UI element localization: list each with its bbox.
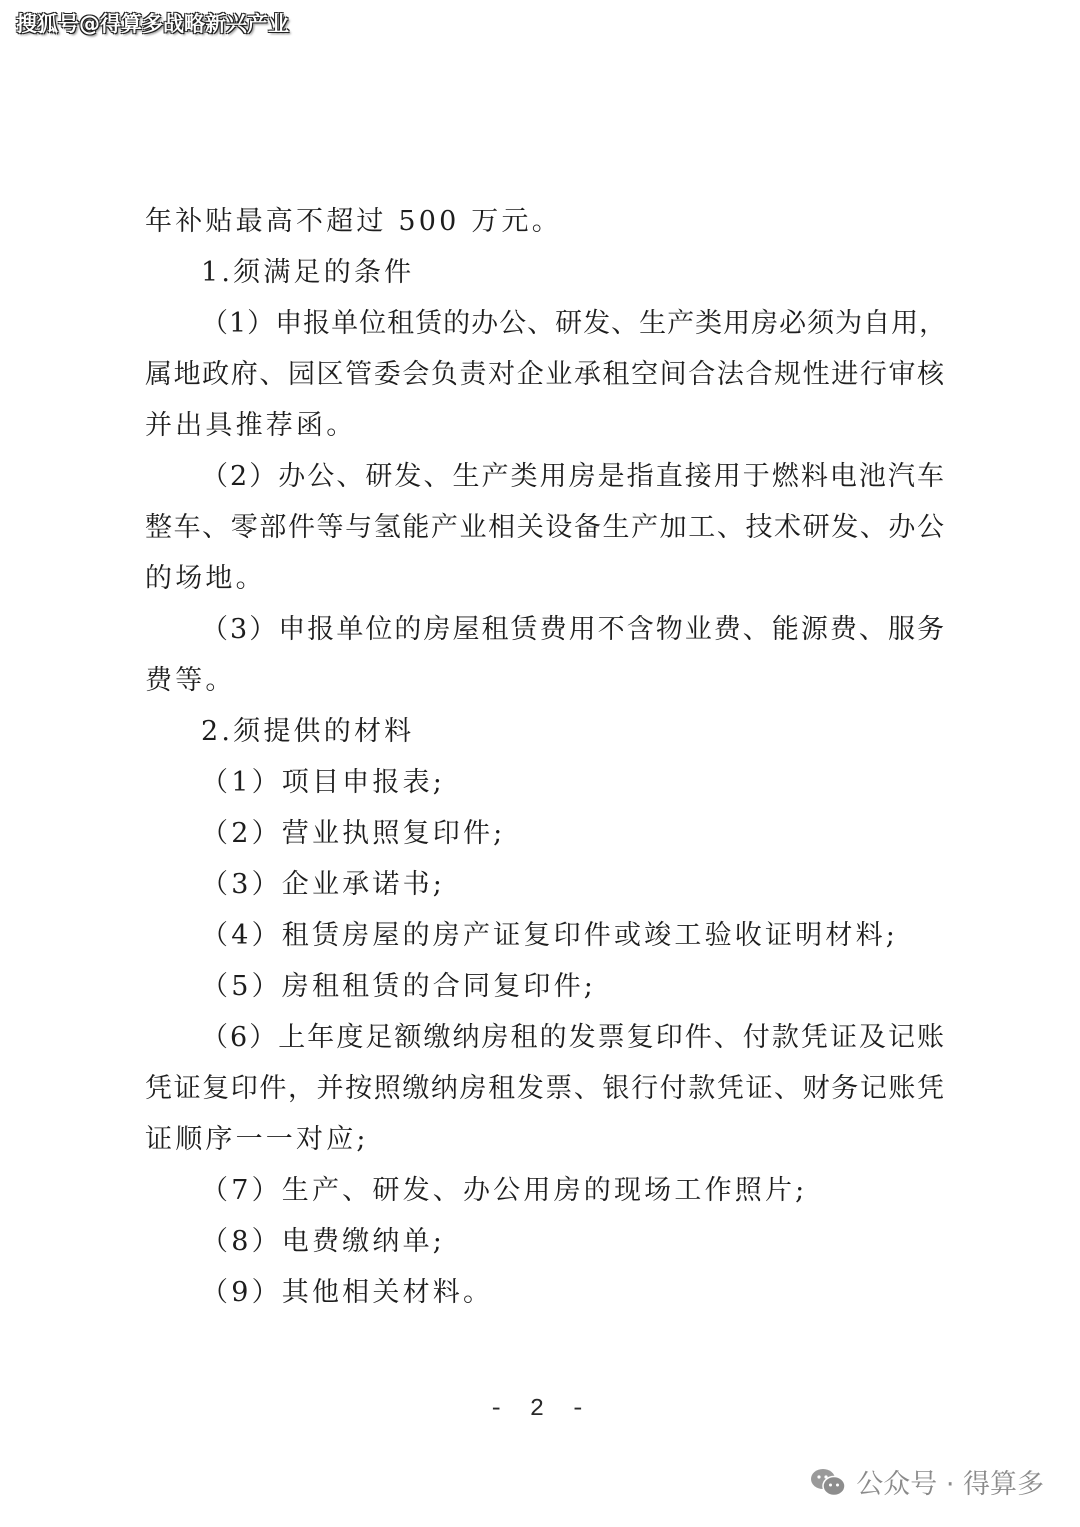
material-item-1: （1）项目申报表; — [145, 757, 945, 808]
section-heading-materials: 2.须提供的材料 — [145, 706, 945, 757]
material-item-9: （9）其他相关材料。 — [145, 1267, 945, 1318]
material-item-7: （7）生产、研发、办公用房的现场工作照片; — [145, 1165, 945, 1216]
condition-3-line-1: （3）申报单位的房屋租赁费用不含物业费、能源费、服务 — [145, 604, 945, 655]
material-item-6-line-2: 凭证复印件，并按照缴纳房租发票、银行付款凭证、财务记账凭 — [145, 1063, 945, 1114]
material-item-4: （4）租赁房屋的房产证复印件或竣工验收证明材料; — [145, 910, 945, 961]
body-line-0: 年补贴最高不超过 500 万元。 — [145, 196, 945, 247]
condition-1-line-1: （1）申报单位租赁的办公、研发、生产类用房必须为自用， — [145, 298, 945, 349]
condition-1-line-2: 属地政府、园区管委会负责对企业承租空间合法合规性进行审核 — [145, 349, 945, 400]
document-body: 年补贴最高不超过 500 万元。 1.须满足的条件 （1）申报单位租赁的办公、研… — [145, 196, 945, 1318]
wechat-account-label: 公众号 · 得算多 — [856, 1462, 1044, 1501]
material-item-6-line-1: （6）上年度足额缴纳房租的发票复印件、付款凭证及记账 — [145, 1012, 945, 1063]
condition-1-line-3: 并出具推荐函。 — [145, 400, 945, 451]
material-item-5: （5）房租租赁的合同复印件; — [145, 961, 945, 1012]
page-number: - 2 - — [0, 1396, 1080, 1423]
material-item-2: （2）营业执照复印件; — [145, 808, 945, 859]
condition-2-line-3: 的场地。 — [145, 553, 945, 604]
wechat-icon — [810, 1467, 846, 1497]
material-item-8: （8）电费缴纳单; — [145, 1216, 945, 1267]
wechat-watermark: 公众号 · 得算多 — [810, 1462, 1044, 1501]
condition-2-line-2: 整车、零部件等与氢能产业相关设备生产加工、技术研发、办公 — [145, 502, 945, 553]
section-heading-conditions: 1.须满足的条件 — [145, 247, 945, 298]
material-item-3: （3）企业承诺书; — [145, 859, 945, 910]
source-watermark: 搜狐号@得算多战略新兴产业 — [16, 8, 289, 38]
material-item-6-line-3: 证顺序一一对应; — [145, 1114, 945, 1165]
condition-3-line-2: 费等。 — [145, 655, 945, 706]
condition-2-line-1: （2）办公、研发、生产类用房是指直接用于燃料电池汽车 — [145, 451, 945, 502]
